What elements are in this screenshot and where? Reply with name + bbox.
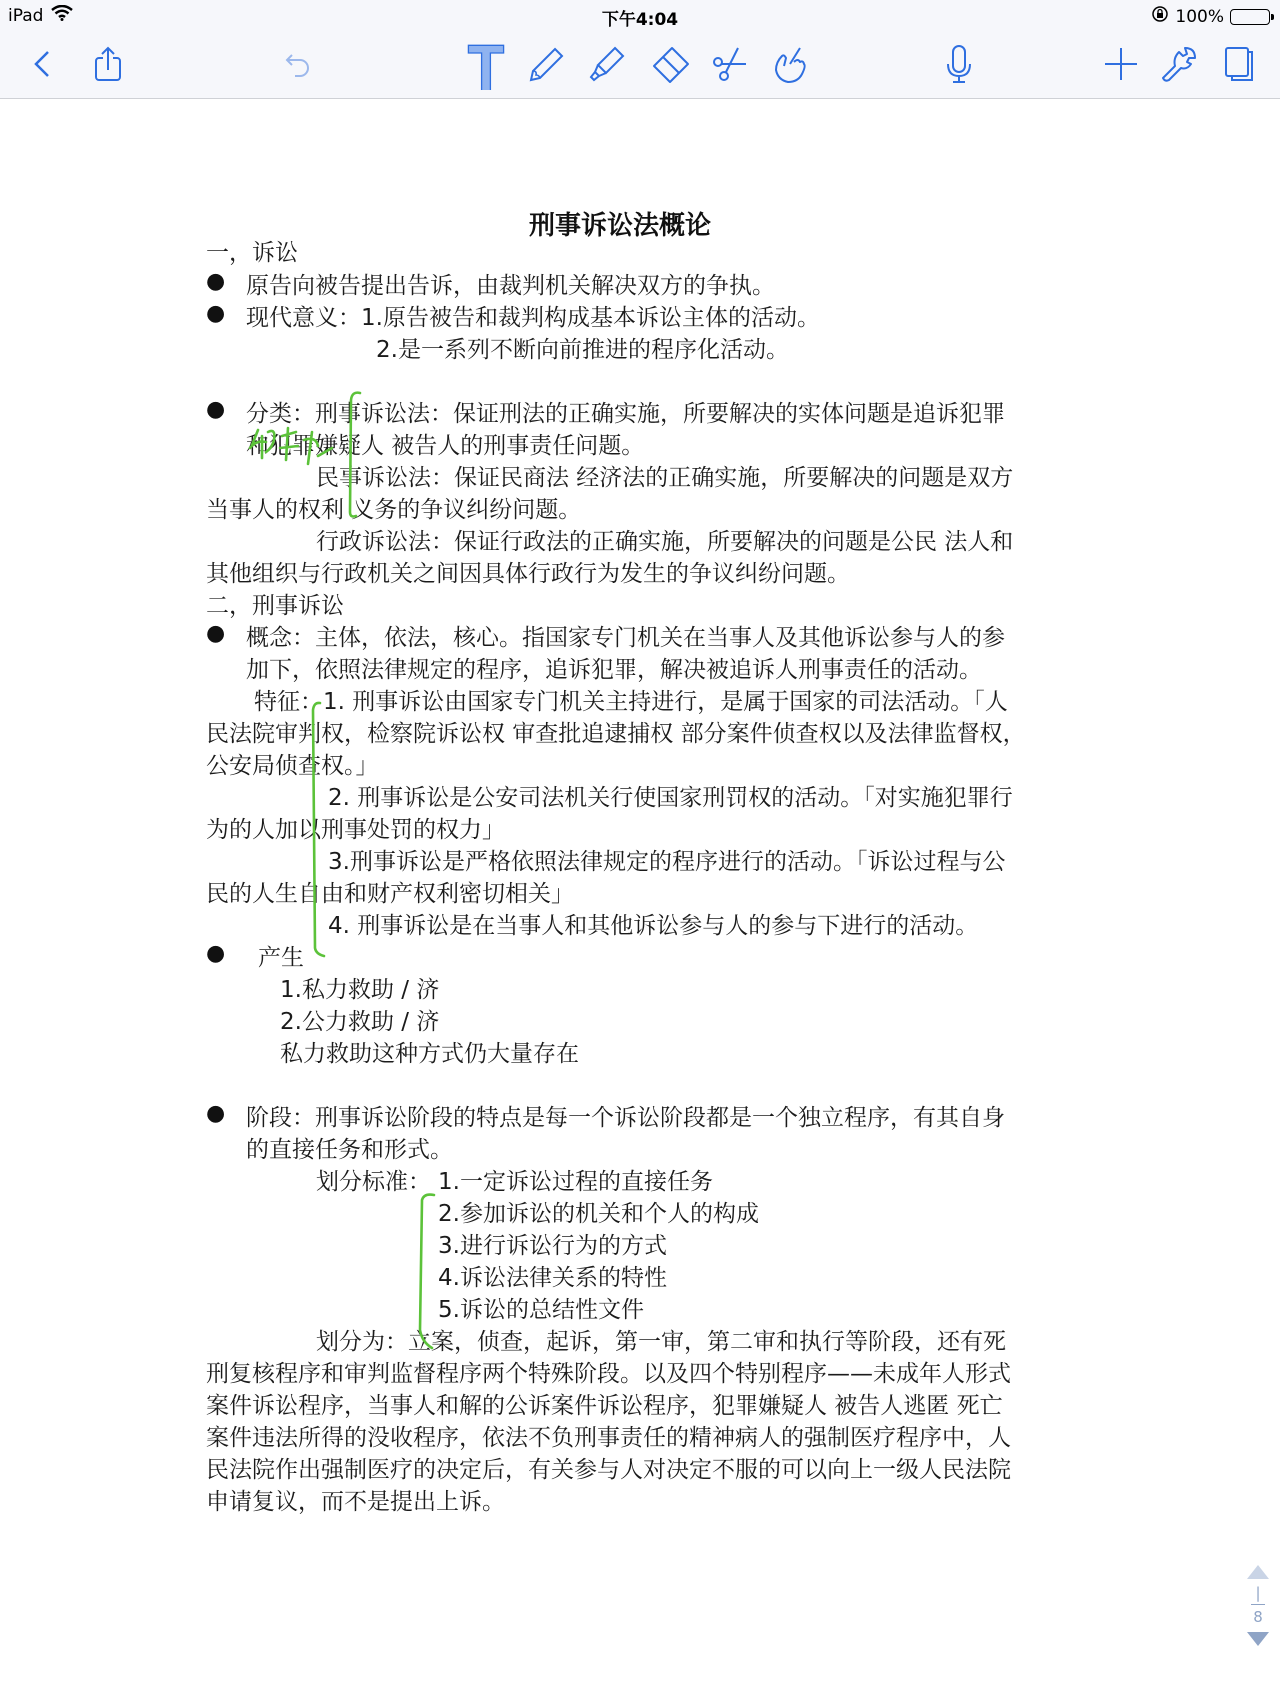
- document-line: 分类：刑事诉讼法：保证刑法的正确实施，所要解决的实体问题是追诉犯罪: [246, 395, 1005, 428]
- microphone-button[interactable]: [935, 40, 983, 88]
- document-line: 原告向被告提出告诉，由裁判机关解决双方的争执。: [246, 267, 775, 300]
- eraser-button[interactable]: [646, 40, 694, 88]
- undo-icon: [277, 44, 317, 84]
- document-line: 为的人加以刑事处罚的权力」: [206, 811, 505, 844]
- page-up-icon[interactable]: [1247, 1565, 1269, 1579]
- pages-button[interactable]: [1214, 40, 1262, 88]
- bullet-icon: ●: [206, 269, 225, 294]
- toolbar: [0, 30, 1280, 99]
- bullet-icon: ●: [206, 397, 225, 422]
- hand-tool-button[interactable]: [766, 40, 814, 88]
- document-line: 当事人的权利 义务的争议纠纷问题。: [206, 491, 581, 524]
- document-line: 申请复议，而不是提出上诉。: [206, 1483, 505, 1516]
- document-line: 2.是一系列不断向前推进的程序化活动。: [376, 331, 789, 364]
- document-line: 阶段：刑事诉讼阶段的特点是每一个诉讼阶段都是一个独立程序，有其自身: [246, 1099, 1005, 1132]
- document-line: 案件违法所得的没收程序，依法不负刑事责任的精神病人的强制医疗程序中，人: [206, 1419, 1011, 1452]
- document-line: 其他组织与行政机关之间因具体行政行为发生的争议纠纷问题。: [206, 555, 850, 588]
- document-line: 民法院审判权，检察院诉讼权 审查批追逮捕权 部分案件侦查权以及法律监督权，: [206, 715, 1026, 748]
- scissors-icon: [710, 44, 750, 84]
- current-page: |: [1255, 1585, 1260, 1601]
- eraser-icon: [650, 44, 690, 84]
- back-icon: [22, 44, 62, 84]
- settings-button[interactable]: [1155, 40, 1203, 88]
- document-line: 1.一定诉讼过程的直接任务: [438, 1163, 713, 1196]
- document-line: 概念：主体，依法，核心。指国家专门机关在当事人及其他诉讼参与人的参: [246, 619, 1005, 652]
- document-title: 刑事诉讼法概论: [0, 205, 1240, 242]
- add-icon: [1101, 44, 1141, 84]
- clock: 下午4:04: [0, 5, 1280, 30]
- bullet-icon: ●: [206, 301, 225, 326]
- scissors-button[interactable]: [706, 40, 754, 88]
- page-down-icon[interactable]: [1247, 1632, 1269, 1646]
- document-line: 公安局侦查权。」: [206, 747, 379, 780]
- battery-icon: [1230, 9, 1270, 25]
- pencil-button[interactable]: [522, 40, 570, 88]
- device-label: iPad: [8, 6, 43, 26]
- document-line: 行政诉讼法：保证行政法的正确实施，所要解决的问题是公民 法人和: [316, 523, 1013, 556]
- document-line: 加下，依照法律规定的程序，追诉犯罪，解决被追诉人刑事责任的活动。: [246, 651, 982, 684]
- document-line: 3.进行诉讼行为的方式: [438, 1227, 667, 1260]
- highlighter-button[interactable]: [582, 40, 630, 88]
- highlighter-icon: [586, 44, 626, 84]
- document-line: 现代意义：1.原告被告和裁判构成基本诉讼主体的活动。: [246, 299, 820, 332]
- back-button[interactable]: [18, 40, 66, 88]
- document-line: 民事诉讼法：保证民商法 经济法的正确实施，所要解决的问题是双方: [316, 459, 1013, 492]
- document-line: 2.公力救助 / 济: [280, 1003, 439, 1036]
- share-button[interactable]: [84, 40, 132, 88]
- status-bar: iPad 下午4:04 100%: [0, 0, 1280, 30]
- document-line: 5.诉讼的总结性文件: [438, 1291, 644, 1324]
- bullet-icon: ●: [206, 621, 225, 646]
- hand-pointer-icon: [770, 44, 810, 84]
- wifi-icon: [51, 5, 73, 26]
- add-button[interactable]: [1097, 40, 1145, 88]
- document-line: 3.刑事诉讼是严格依照法律规定的程序进行的活动。「诉讼过程与公: [328, 843, 1005, 876]
- microphone-icon: [939, 44, 979, 84]
- text-tool-icon: [464, 38, 508, 90]
- document-line: 产生: [258, 939, 304, 972]
- pencil-icon: [526, 44, 566, 84]
- bullet-icon: ●: [206, 1101, 225, 1126]
- document-line: 一，诉讼: [206, 234, 298, 267]
- undo-button[interactable]: [273, 40, 321, 88]
- document-line: 划分为：立案，侦查，起诉，第一审，第二审和执行等阶段，还有死: [316, 1323, 1006, 1356]
- wrench-icon: [1159, 44, 1199, 84]
- total-pages: 8: [1253, 1608, 1263, 1626]
- document-line: 2. 刑事诉讼是公安司法机关行使国家刑罚权的活动。「对实施犯罪行: [328, 779, 1013, 812]
- document-line: 划分标准：: [316, 1163, 431, 1196]
- document-line: 4. 刑事诉讼是在当事人和其他诉讼参与人的参与下进行的活动。: [328, 907, 978, 940]
- document-line: 2.参加诉讼的机关和个人的构成: [438, 1195, 759, 1228]
- pages-icon: [1218, 44, 1258, 84]
- document-line: 1.私力救助 / 济: [280, 971, 439, 1004]
- rotation-lock-icon: [1151, 5, 1169, 28]
- document-line: 特征：1. 刑事诉讼由国家专门机关主持进行，是属于国家的司法活动。「人: [254, 683, 1008, 716]
- document-line: 民法院作出强制医疗的决定后，有关参与人对决定不服的可以向上一级人民法院: [206, 1451, 1011, 1484]
- battery-percent: 100%: [1175, 7, 1224, 27]
- document-line: 民的人生自由和财产权利密切相关」: [206, 875, 574, 908]
- bullet-icon: ●: [206, 941, 225, 966]
- document-line: 和犯罪嫌疑人 被告人的刑事责任问题。: [246, 427, 644, 460]
- text-tool-button[interactable]: [462, 40, 510, 88]
- share-icon: [88, 44, 128, 84]
- document-line: 刑复核程序和审判监督程序两个特殊阶段。以及四个特别程序——未成年人形式: [206, 1355, 1011, 1388]
- document-line: 的直接任务和形式。: [246, 1131, 453, 1164]
- document-line: 4.诉讼法律关系的特性: [438, 1259, 667, 1292]
- page-indicator: | 8: [1245, 1565, 1271, 1675]
- document-line: 案件诉讼程序，当事人和解的公诉案件诉讼程序，犯罪嫌疑人 被告人逃匿 死亡: [206, 1387, 1003, 1420]
- document-line: 私力救助这种方式仍大量存在: [280, 1035, 579, 1068]
- document-line: 二，刑事诉讼: [206, 587, 344, 620]
